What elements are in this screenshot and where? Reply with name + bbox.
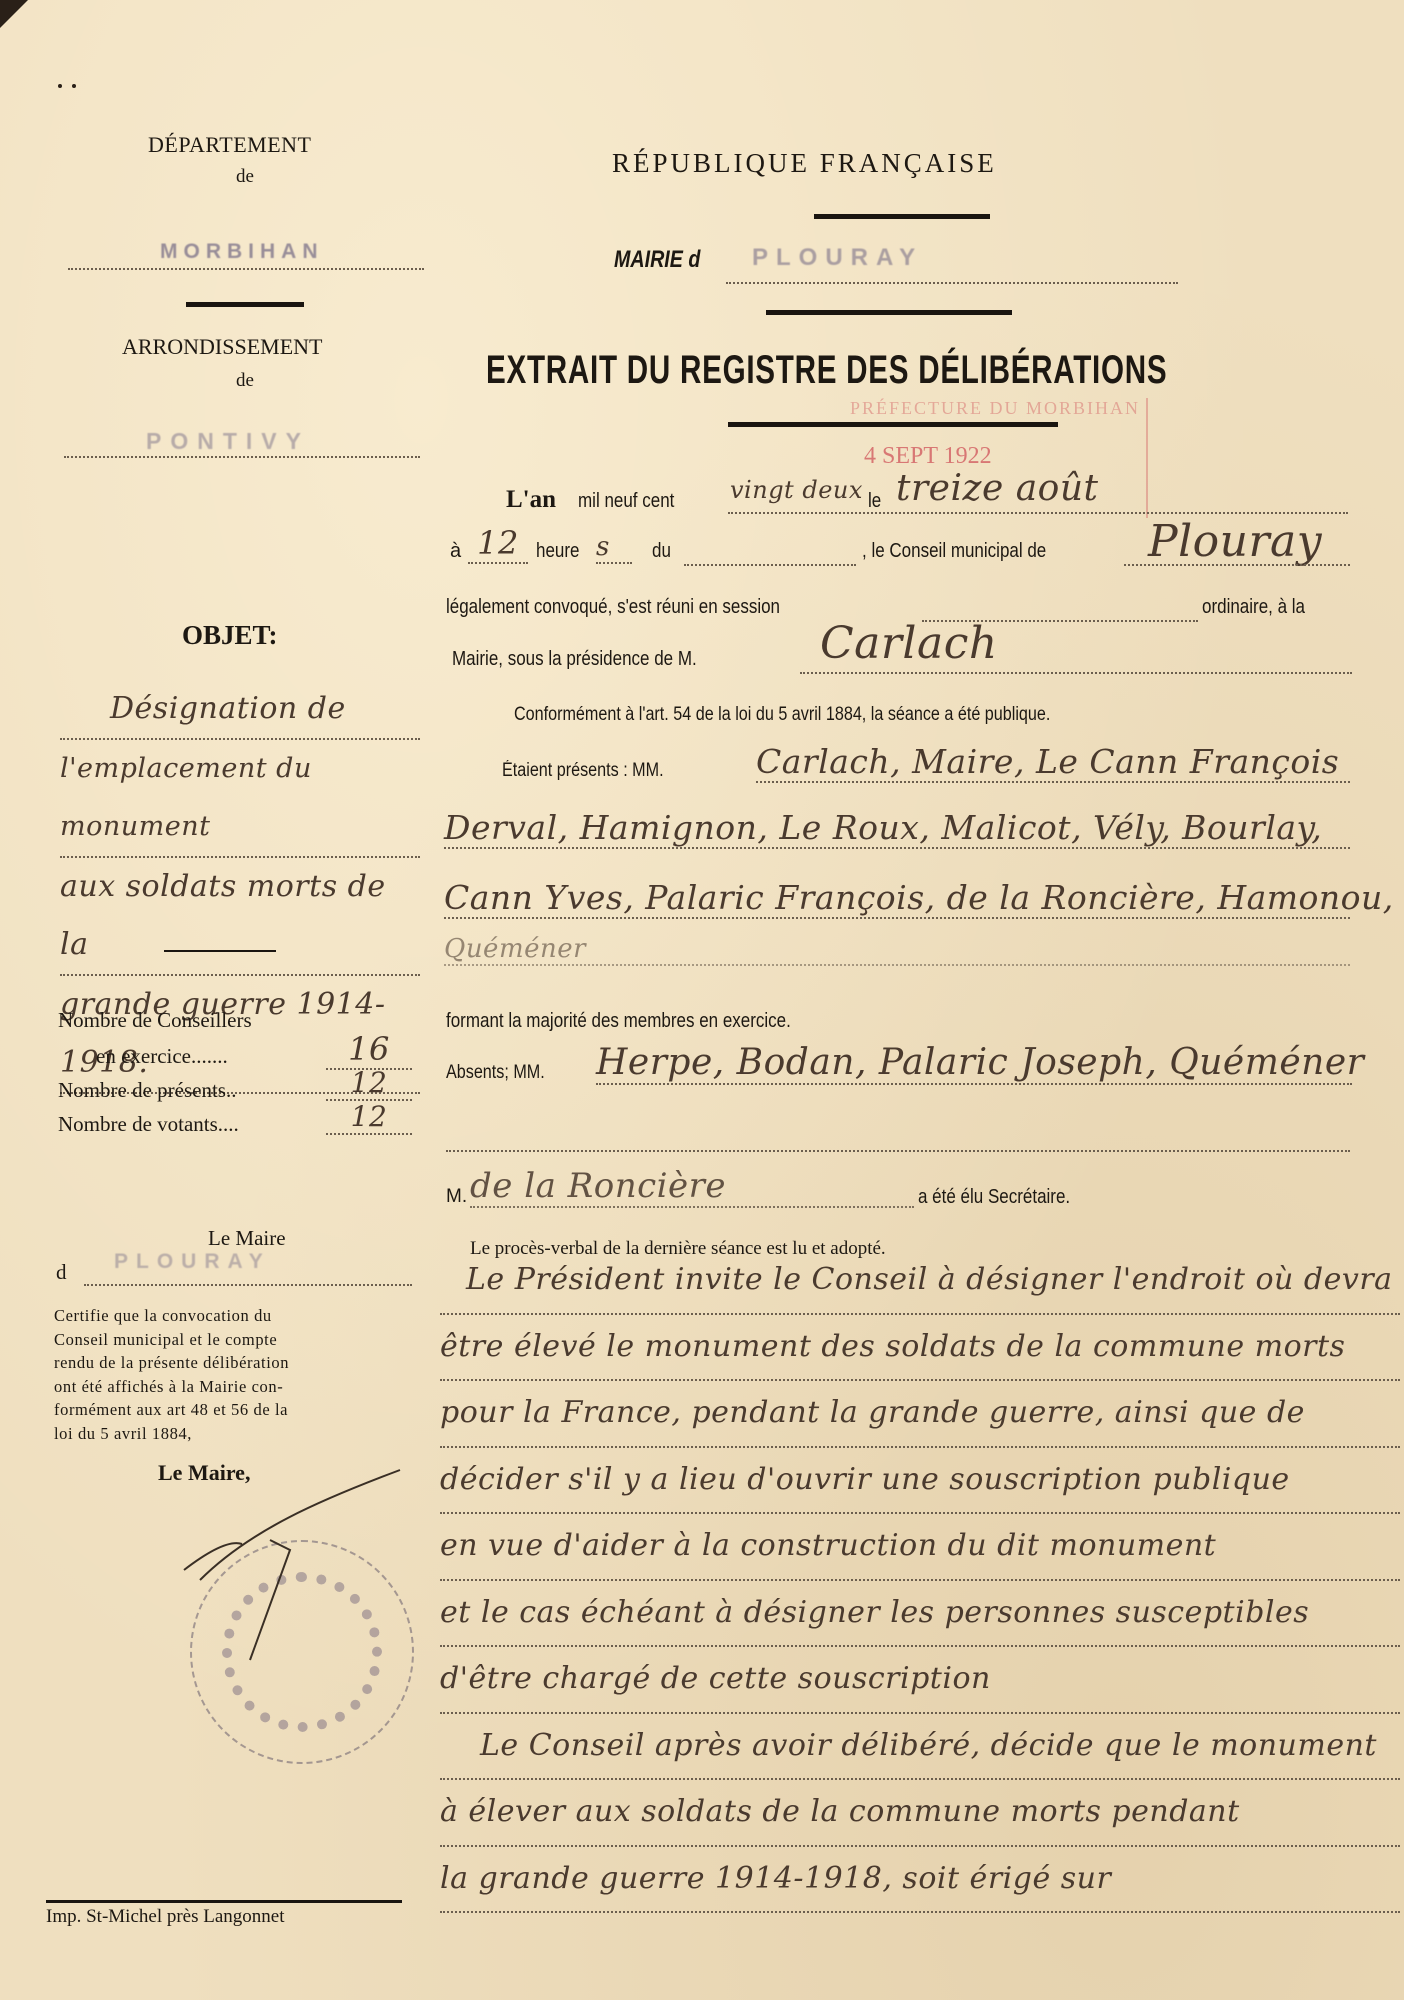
divider <box>186 302 304 307</box>
arrondissement-stamp: PONTIVY <box>146 428 310 455</box>
absents-label: Absents; MM. <box>446 1062 545 1084</box>
secretaire-hand: de la Roncière <box>470 1166 914 1208</box>
presents-line: Carlach, Maire, Le Cann François <box>756 742 1350 783</box>
objet-line: Désignation de <box>60 680 420 740</box>
certification-line: Certifie que la convocation du <box>54 1304 414 1328</box>
presents-label: Étaient présents : MM. <box>502 760 664 782</box>
president-hand: Carlach <box>820 618 998 669</box>
ink-dot <box>72 84 76 88</box>
maire-d: d <box>56 1260 67 1285</box>
mairie-label: MAIRIE d <box>614 246 700 274</box>
ordinaire-text: ordinaire, à la <box>1202 596 1305 619</box>
majorite-text: formant la majorité des membres en exerc… <box>446 1010 791 1033</box>
arrondissement-line <box>64 456 420 458</box>
year-hand: vingt deux <box>730 476 863 504</box>
presents-line: Cann Yves, Palaric François, de la Ronci… <box>444 878 1350 919</box>
deliberation-line: décider s'il y a lieu d'ouvrir une sousc… <box>440 1448 1400 1515</box>
mayor-signature-icon <box>170 1460 410 1680</box>
deliberation-line: d'être chargé de cette souscription <box>440 1647 1400 1714</box>
deliberation-line: et le cas échéant à désigner les personn… <box>440 1581 1400 1648</box>
secretaire-text: a été élu Secrétaire. <box>918 1186 1070 1209</box>
departement-label: DÉPARTEMENT <box>148 132 312 158</box>
deliberation-line: Le Président invite le Conseil à désigne… <box>440 1248 1400 1315</box>
president-line <box>800 672 1352 674</box>
republique-francaise: RÉPUBLIQUE FRANÇAISE <box>612 148 997 179</box>
document-title: EXTRAIT DU REGISTRE DES DÉLIBÉRATIONS <box>486 348 1167 393</box>
divider <box>766 310 1012 315</box>
presents-line: Derval, Hamignon, Le Roux, Malicot, Vély… <box>444 808 1350 849</box>
mairie-line <box>726 282 1178 284</box>
heure-label: heure <box>536 540 579 563</box>
exercice-label: en exercice....... <box>96 1044 228 1069</box>
le-label: le <box>868 490 881 513</box>
date-hand: treize août <box>896 468 1099 509</box>
commune-line <box>1124 564 1350 566</box>
deliberation-text: Le Président invite le Conseil à désigne… <box>440 1248 1400 1913</box>
le-maire-title: Le Maire <box>208 1226 286 1251</box>
objet-line: aux soldats morts de la <box>60 858 420 976</box>
lan-text: mil neuf cent <box>578 490 674 513</box>
hour-hand: 12 <box>468 524 528 564</box>
deliberation-line: à élever aux soldats de la commune morts… <box>440 1780 1400 1847</box>
heure-suffix-hand: s <box>596 532 632 564</box>
presents-value: 12 <box>326 1066 412 1101</box>
received-stamp-prefecture: PRÉFECTURE DU MORBIHAN <box>796 398 1146 419</box>
commune-hand: Plouray <box>1148 516 1322 567</box>
divider <box>164 950 276 952</box>
presidence-text: Mairie, sous la présidence de M. <box>452 648 697 671</box>
conseillers-label: Nombre de Conseillers <box>58 1008 252 1033</box>
deliberation-line: en vue d'aider à la construction du dit … <box>440 1514 1400 1581</box>
received-stamp-date: 4 SEPT 1922 <box>864 443 1146 470</box>
objet-line: l'emplacement du monument <box>60 740 420 858</box>
departement-stamp: MORBIHAN <box>160 240 324 264</box>
certification-line: loi du 5 avril 1884, <box>54 1422 414 1446</box>
certification-line: ont été affichés à la Mairie con- <box>54 1375 414 1399</box>
du-line <box>684 564 856 566</box>
departement-de: de <box>236 166 254 188</box>
certification-line: Conseil municipal et le compte <box>54 1328 414 1352</box>
certification-text: Certifie que la convocation du Conseil m… <box>54 1304 414 1445</box>
page-corner-shadow <box>0 0 28 28</box>
deliberation-line: être élevé le monument des soldats de la… <box>440 1315 1400 1382</box>
mairie-stamp: PLOURAY <box>752 244 923 272</box>
arrondissement-label: ARRONDISSEMENT <box>122 334 322 360</box>
absents-hand: Herpe, Bodan, Palaric Joseph, Quéméner <box>596 1042 1352 1085</box>
votants-value: 12 <box>326 1100 412 1135</box>
conseil-text: , le Conseil municipal de <box>862 540 1046 563</box>
absents-line-2 <box>446 1150 1350 1152</box>
date-line <box>728 512 1348 514</box>
deliberation-line: pour la France, pendant la grande guerre… <box>440 1381 1400 1448</box>
presents-line: Quéméner <box>444 934 1350 966</box>
certification-line: formément aux art 48 et 56 de la <box>54 1398 414 1422</box>
arrondissement-de: de <box>236 370 254 392</box>
conseillers-value: 16 <box>326 1030 412 1070</box>
printer-credit: Imp. St-Michel près Langonnet <box>46 1906 285 1928</box>
lan-label: L'an <box>506 486 556 514</box>
ink-dot <box>58 84 62 88</box>
conformement-text: Conformément à l'art. 54 de la loi du 5 … <box>514 704 1050 726</box>
departement-line <box>68 268 424 270</box>
a-label: à <box>450 540 461 563</box>
deliberation-line: la grande guerre 1914-1918, soit érigé s… <box>440 1847 1400 1914</box>
maire-line <box>84 1284 412 1286</box>
printer-rule <box>46 1900 402 1903</box>
legal-text: légalement convoqué, s'est réuni en sess… <box>446 596 780 619</box>
deliberation-line: Le Conseil après avoir délibéré, décide … <box>440 1714 1400 1781</box>
presents-label: Nombre de présents.. <box>58 1078 236 1103</box>
secretaire-m: M. <box>446 1186 467 1208</box>
du-label: du <box>652 540 671 563</box>
maire-commune-stamp: PLOURAY <box>114 1250 271 1274</box>
certification-line: rendu de la présente délibération <box>54 1351 414 1375</box>
objet-label: OBJET: <box>182 620 278 651</box>
votants-label: Nombre de votants.... <box>58 1112 239 1137</box>
divider <box>814 214 990 219</box>
